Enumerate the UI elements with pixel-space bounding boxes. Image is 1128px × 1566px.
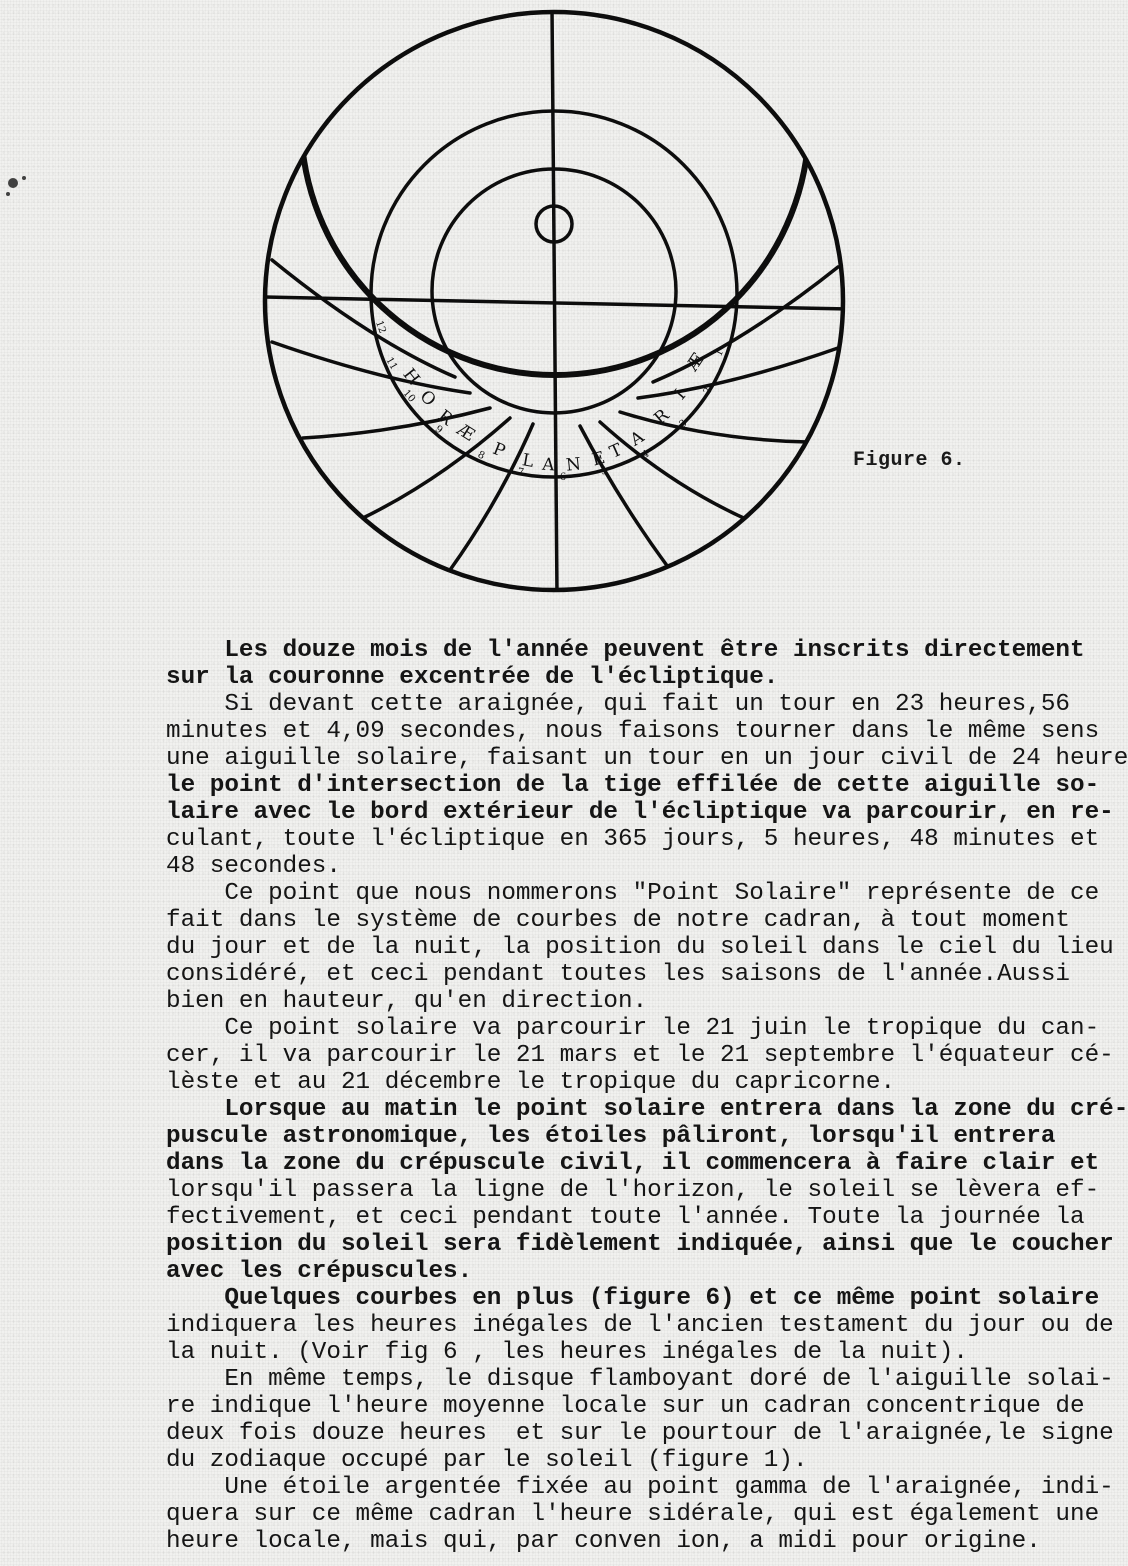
band-letter: Æ [682, 350, 709, 376]
hour-number: 10 [401, 388, 418, 405]
paragraph-first-line: En même temps, le disque flamboyant doré… [166, 1366, 1126, 1393]
paragraph-line: bien en hauteur, qu'en direction. [166, 988, 1126, 1015]
paragraph-line: 48 secondes. [166, 853, 1126, 880]
paragraph-first-line: Ce point que nous nommerons "Point Solai… [166, 880, 1126, 907]
hour-curve [653, 267, 838, 382]
paragraph-line: considéré, et ceci pendant toutes les sa… [166, 961, 1126, 988]
band-letter: Æ [452, 419, 478, 446]
paragraph-first-line: Une étoile argentée fixée au point gamma… [166, 1474, 1126, 1501]
paragraph-line: quera sur ce même cadran l'heure sidéral… [166, 1501, 1126, 1528]
paragraph-line: puscule astronomique, les étoiles pâliro… [166, 1123, 1126, 1150]
paragraph-line: indiquera les heures inégales de l'ancie… [166, 1312, 1126, 1339]
paragraph-first-line: Ce point solaire va parcourir le 21 juin… [166, 1015, 1126, 1042]
band-letter: N [565, 454, 582, 475]
hour-number: 6 [560, 472, 566, 483]
band-letter: O [416, 386, 440, 410]
paragraph-line: la nuit. (Voir fig 6 , les heures inégal… [166, 1339, 1126, 1366]
paragraph-line: lèste et au 21 décembre le tropique du c… [166, 1069, 1126, 1096]
paragraph-line: du zodiaque occupé par le soleil (figure… [166, 1447, 1126, 1474]
paragraph-line: position du soleil sera fidèlement indiq… [166, 1231, 1126, 1258]
band-letter: P [490, 439, 508, 462]
paragraph-line: re indique l'heure moyenne locale sur un… [166, 1393, 1126, 1420]
paragraph-line: deux fois douze heures et sur le pourtou… [166, 1420, 1126, 1447]
astrolabe-figure: H O R Æ P L A N E T A R I Æ 12 11 10 9 8… [0, 0, 1128, 620]
hour-curve [620, 412, 808, 442]
astrolabe-diagram: H O R Æ P L A N E T A R I Æ 12 11 10 9 8… [0, 0, 1128, 620]
hour-curve [450, 424, 533, 570]
paragraph-line: fait dans le système de courbes de notre… [166, 907, 1126, 934]
hour-curve [638, 348, 838, 398]
paragraph-line: une aiguille solaire, faisant un tour en… [166, 745, 1126, 772]
paragraph-line: lorsqu'il passera la ligne de l'horizon,… [166, 1177, 1126, 1204]
paragraph-first-line: Lorsque au matin le point solaire entrer… [166, 1096, 1126, 1123]
figure-caption: Figure 6. [853, 449, 966, 472]
paragraph-line: avec les crépuscules. [166, 1258, 1126, 1285]
paragraph-line: du jour et de la nuit, la position du so… [166, 934, 1126, 961]
hour-curve [272, 260, 455, 377]
paragraph-line: minutes et 4,09 secondes, nous faisons t… [166, 718, 1126, 745]
paragraph-first-line: Quelques courbes en plus (figure 6) et c… [166, 1285, 1126, 1312]
paragraph-line: fectivement, et ceci pendant toute l'ann… [166, 1204, 1126, 1231]
paragraph-line: sur la couronne excentrée de l'écliptiqu… [166, 664, 1126, 691]
meridian-line [552, 8, 557, 594]
paragraph-line: le point d'intersection de la tige effil… [166, 772, 1126, 799]
hour-number: 7 [516, 467, 525, 479]
paragraph-line: dans la zone du crépuscule civil, il com… [166, 1150, 1126, 1177]
paragraph-line: heure locale, mais qui, par conven ion, … [166, 1528, 1126, 1555]
paragraph-line: laire avec le bord extérieur de l'éclipt… [166, 799, 1126, 826]
band-letter: A [541, 455, 556, 476]
paragraph-line: cer, il va parcourir le 21 mars et le 21… [166, 1042, 1126, 1069]
paragraph-line: culant, toute l'écliptique en 365 jours,… [166, 826, 1126, 853]
paragraph-first-line: Si devant cette araignée, qui fait un to… [166, 691, 1126, 718]
paragraph-first-line: Les douze mois de l'année peuvent être i… [166, 637, 1126, 664]
body-text: Les douze mois de l'année peuvent être i… [166, 637, 1126, 1555]
